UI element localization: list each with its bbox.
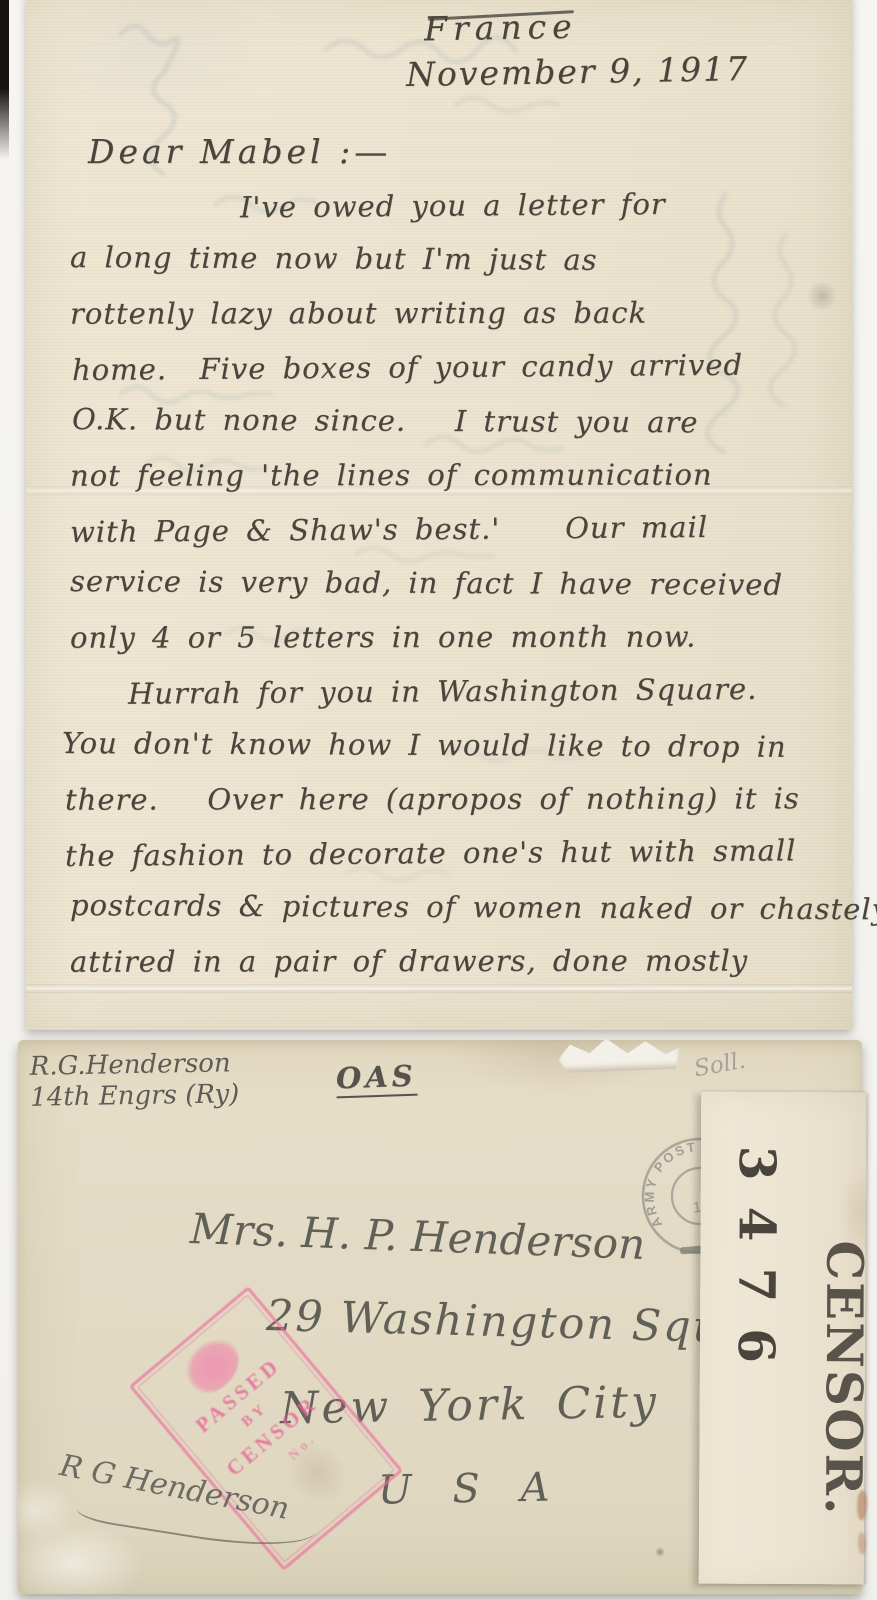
- letter-salutation: Dear Mabel :—: [88, 132, 391, 171]
- letter-line: with Page & Shaw's best.' Our mail: [70, 499, 826, 559]
- letter-line: there. Over here (apropos of nothing) it…: [65, 771, 826, 826]
- letter-line: attired in a pair of drawers, done mostl…: [70, 933, 826, 988]
- letter-line: not feeling 'the lines of communication: [70, 447, 826, 502]
- letter-line: I've owed you a letter for: [240, 176, 826, 235]
- oas-marking: OAS: [335, 1059, 417, 1099]
- address-name: Mrs. H. P. Henderson: [189, 1204, 646, 1269]
- letter-line: postcards & pictures of women naked or c…: [70, 878, 826, 936]
- censor-tape-label: CENSOR.: [814, 1240, 874, 1517]
- letter-line: Hurrah for you in Washington Square.: [128, 661, 826, 720]
- return-address: R.G.Henderson 14th Engrs (Ry): [29, 1048, 239, 1114]
- scanned-document: France November 9, 1917 Dear Mabel :— I'…: [0, 0, 877, 1600]
- letter-line: O.K. but none since. I trust you are: [72, 392, 826, 450]
- scanner-edge: [0, 0, 9, 160]
- letter-line: a long time now but I'm just as: [70, 230, 826, 288]
- pencil-note: Soll.: [692, 1048, 747, 1083]
- address-country: U S A: [378, 1464, 564, 1513]
- return-address-line: 14th Engrs (Ry): [30, 1079, 240, 1114]
- letter-body: I've owed you a letter fora long time no…: [70, 178, 826, 988]
- letter-date: November 9, 1917: [406, 49, 750, 94]
- return-address-line: R.G.Henderson: [29, 1048, 239, 1083]
- letter-line: You don't know how I would like to drop …: [62, 716, 826, 774]
- censor-tape-number: 3476: [727, 1146, 787, 1389]
- letter-line: the fashion to decorate one's hut with s…: [65, 823, 826, 883]
- letter-line: only 4 or 5 letters in one month now.: [70, 609, 826, 664]
- letter-page: France November 9, 1917 Dear Mabel :— I'…: [26, 0, 852, 1030]
- torn-flap-edge: [557, 1033, 680, 1073]
- letter-line: home. Five boxes of your candy arrived: [72, 337, 826, 397]
- letter-place: France: [424, 7, 578, 49]
- censor-tape: 3476 CENSOR.: [699, 1092, 867, 1585]
- letter-line: rottenly lazy about writing as back: [70, 285, 826, 340]
- letter-line: service is very bad, in fact I have rece…: [70, 554, 826, 612]
